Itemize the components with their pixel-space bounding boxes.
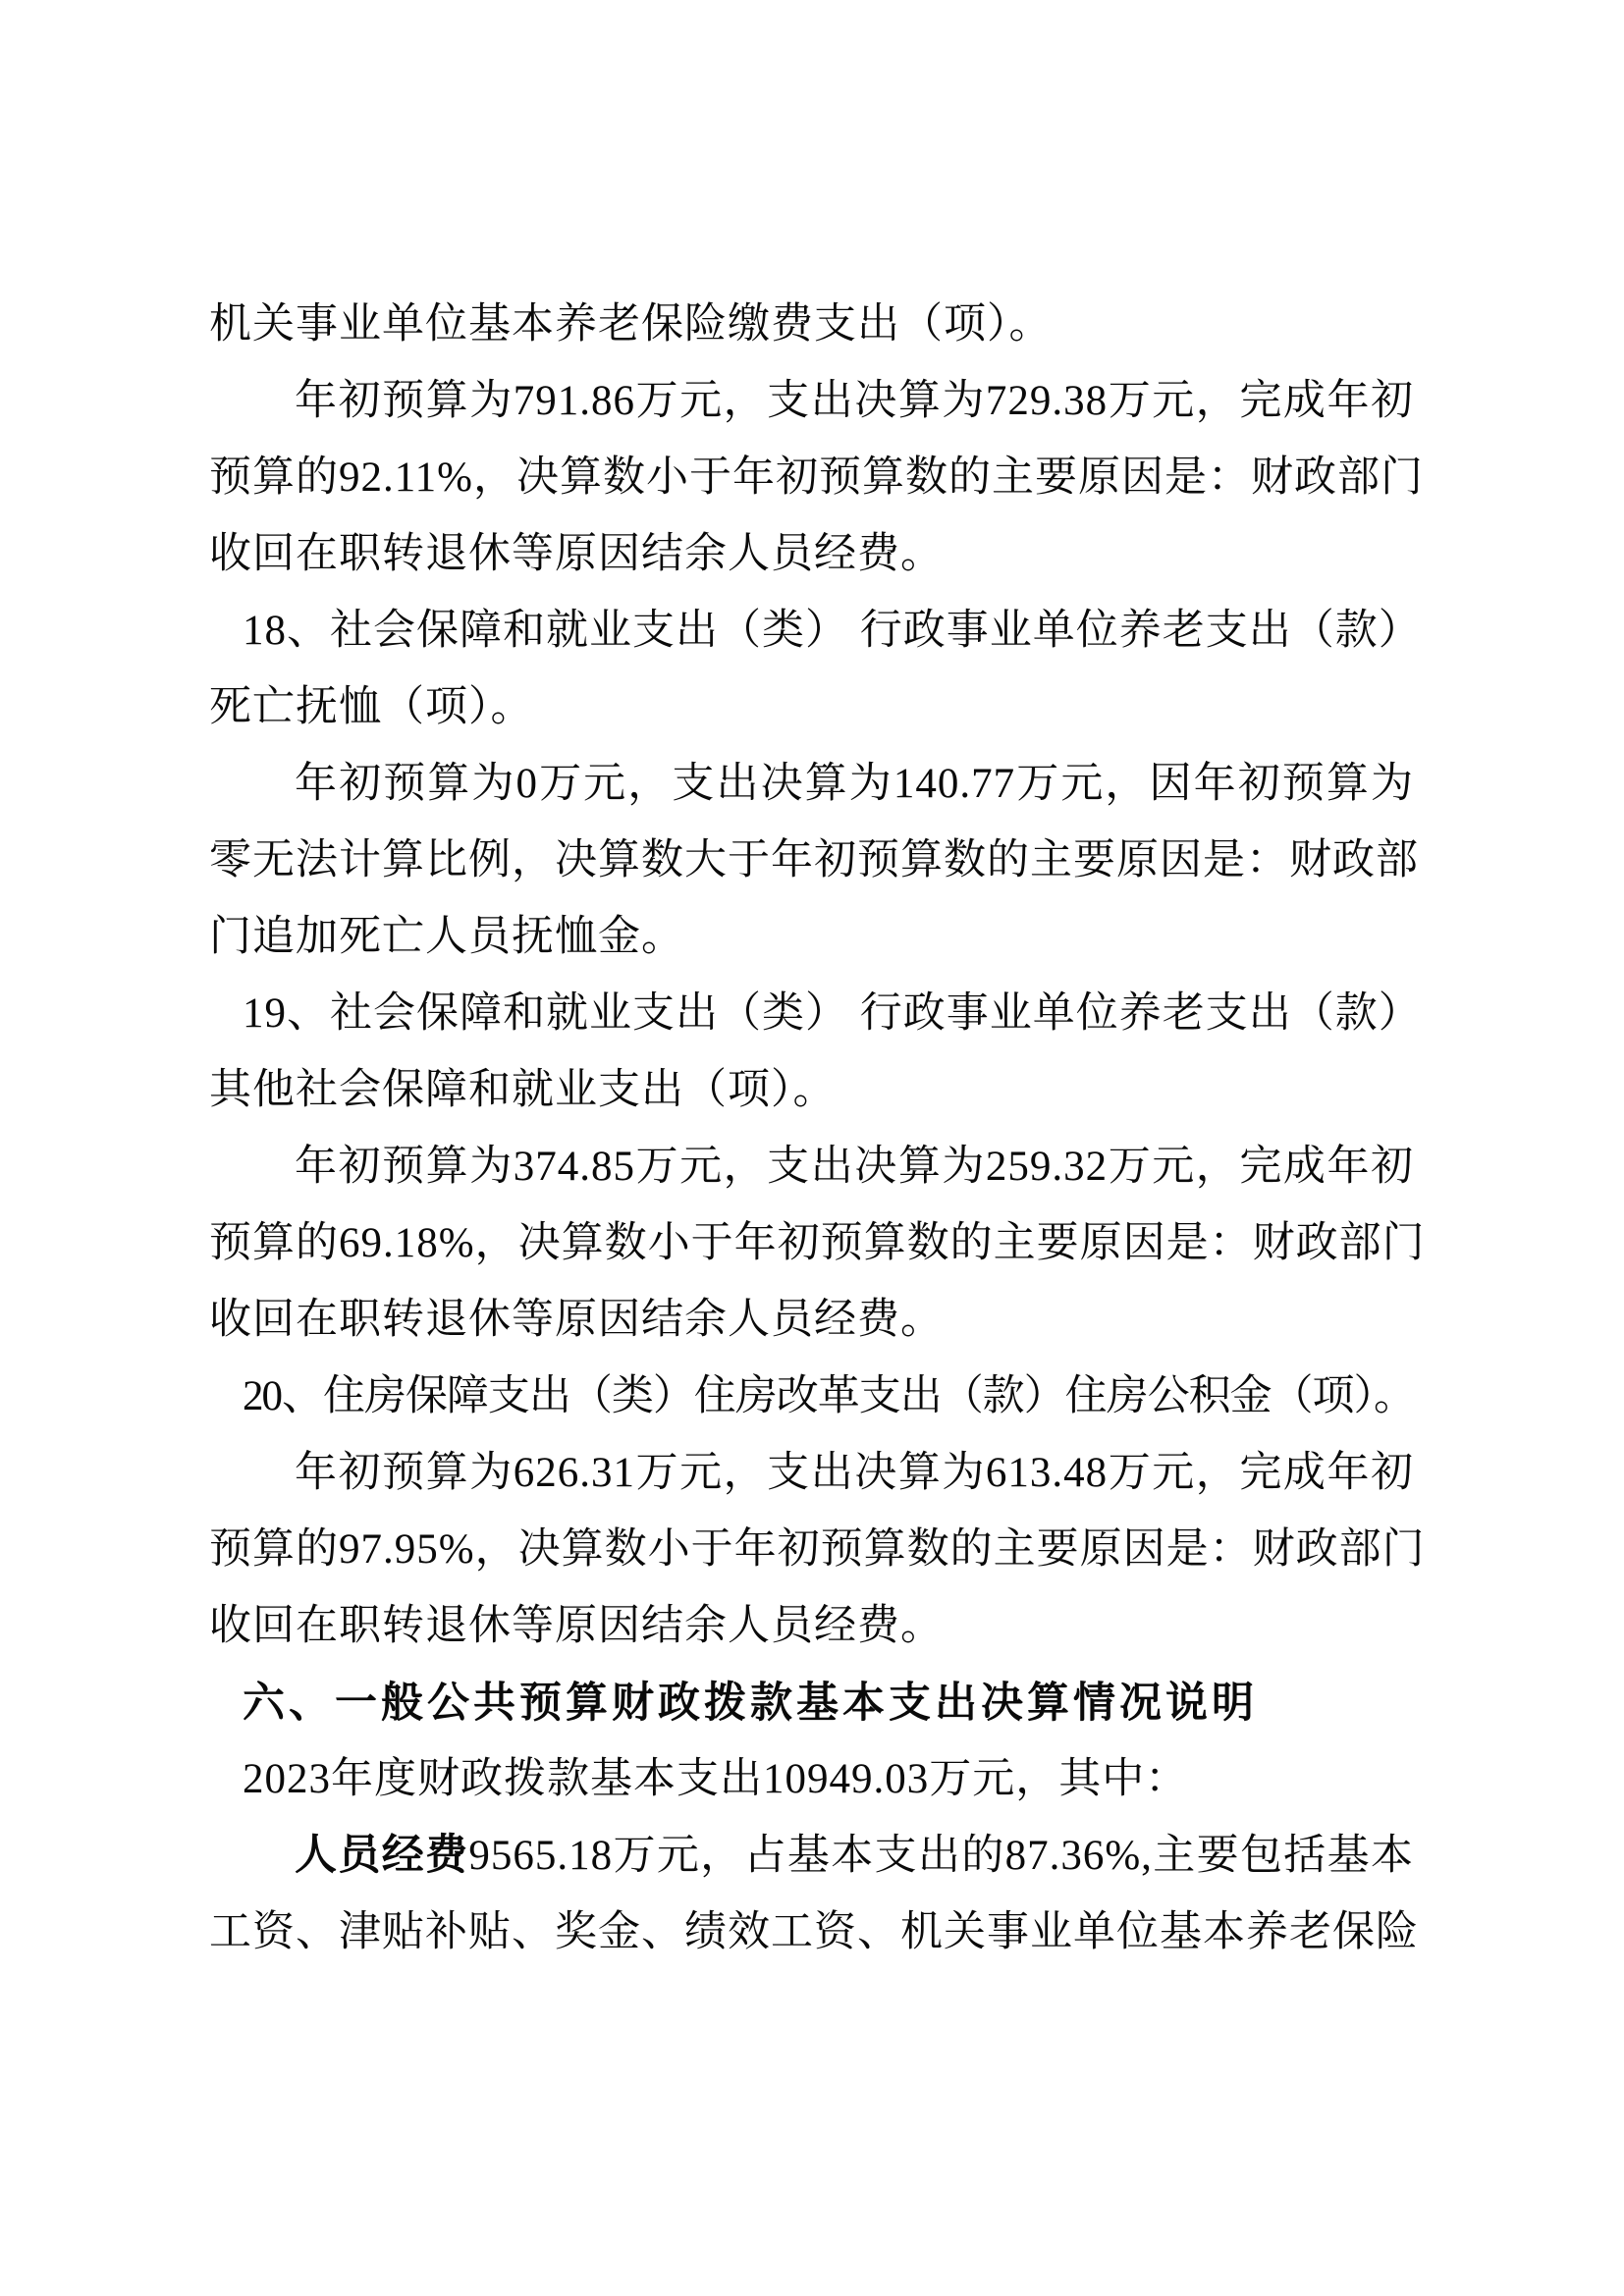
- document-page: 机关事业单位基本养老保险缴费支出（项）。 年初预算为791.86万元，支出决算为…: [0, 0, 1624, 2296]
- item19-title-line-1: 19、社会保障和就业支出（类） 行政事业单位养老支出（款）: [209, 976, 1414, 1052]
- document-text-block: 机关事业单位基本养老保险缴费支出（项）。 年初预算为791.86万元，支出决算为…: [209, 287, 1414, 1971]
- item17-budget-line-1: 年初预算为791.86万元，支出决算为729.38万元，完成年初: [209, 363, 1414, 440]
- personnel-expense-line-1: 人员经费9565.18万元，占基本支出的87.36%,主要包括基本: [209, 1818, 1414, 1895]
- item17-title-continuation: 机关事业单位基本养老保险缴费支出（项）。: [209, 287, 1414, 363]
- item19-title-line-2: 其他社会保障和就业支出（项）。: [209, 1052, 1414, 1129]
- personnel-expense-text: 9565.18万元，占基本支出的87.36%,主要包括基本: [468, 1833, 1414, 1879]
- item18-budget-line-2: 零无法计算比例，决算数大于年初预算数的主要原因是：财政部: [209, 823, 1414, 899]
- item20-title-line: 20、住房保障支出（类）住房改革支出（款）住房公积金（项）。: [209, 1359, 1414, 1435]
- section6-heading: 六、一般公共预算财政拨款基本支出决算情况说明: [209, 1665, 1414, 1741]
- item19-budget-line-1: 年初预算为374.85万元，支出决算为259.32万元，完成年初: [209, 1129, 1414, 1205]
- item19-budget-line-3: 收回在职转退休等原因结余人员经费。: [209, 1282, 1414, 1359]
- item18-budget-line-3: 门追加死亡人员抚恤金。: [209, 899, 1414, 976]
- item18-title-line-1: 18、社会保障和就业支出（类） 行政事业单位养老支出（款）: [209, 593, 1414, 669]
- item20-budget-line-2: 预算的97.95%，决算数小于年初预算数的主要原因是：财政部门: [209, 1512, 1414, 1588]
- item17-budget-line-3: 收回在职转退休等原因结余人员经费。: [209, 516, 1414, 593]
- item18-title-line-2: 死亡抚恤（项）。: [209, 669, 1414, 746]
- item20-budget-line-1: 年初预算为626.31万元，支出决算为613.48万元，完成年初: [209, 1435, 1414, 1512]
- item18-budget-line-1: 年初预算为0万元，支出决算为140.77万元，因年初预算为: [209, 746, 1414, 823]
- item19-budget-line-2: 预算的69.18%，决算数小于年初预算数的主要原因是：财政部门: [209, 1205, 1414, 1282]
- item17-budget-line-2: 预算的92.11%，决算数小于年初预算数的主要原因是：财政部门: [209, 440, 1414, 516]
- personnel-expense-bold-label: 人员经费: [295, 1833, 468, 1879]
- section6-total-line: 2023年度财政拨款基本支出10949.03万元，其中：: [209, 1741, 1414, 1818]
- personnel-expense-line-2: 工资、津贴补贴、奖金、绩效工资、机关事业单位基本养老保险: [209, 1895, 1414, 1971]
- item20-budget-line-3: 收回在职转退休等原因结余人员经费。: [209, 1588, 1414, 1665]
